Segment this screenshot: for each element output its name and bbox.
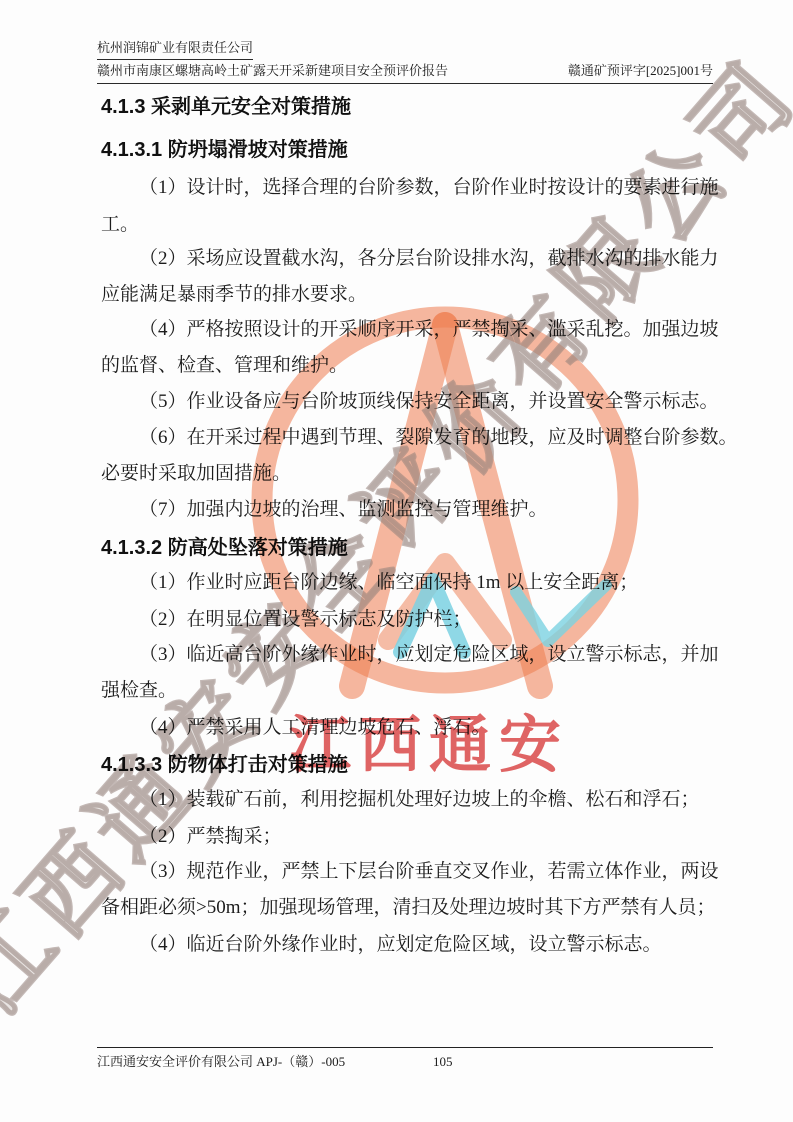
text-line: 应能满足暴雨季节的排水要求。 — [101, 283, 367, 307]
text-line: （4）严禁采用人工清理边坡危石、浮石。 — [101, 716, 491, 740]
text-line: （5）作业设备应与台阶坡顶线保持安全距离，并设置安全警示标志。 — [101, 390, 719, 414]
text-line: （4）临近台阶外缘作业时，应划定危险区域，设立警示标志。 — [101, 933, 662, 957]
text-line: （6）在开采过程中遇到节理、裂隙发育的地段，应及时调整台阶参数。 — [101, 426, 738, 450]
page-number: 105 — [433, 1053, 453, 1070]
text-line: 的监督、检查、管理和维护。 — [101, 354, 348, 378]
footer-company-code: 江西通安安全评价有限公司 APJ-（赣）-005 — [97, 1054, 345, 1069]
text-line: （2）严禁掏采； — [101, 825, 282, 849]
document-body: 4.1.3 采剥单元安全对策措施 4.1.3.1 防坍塌滑坡对策措施 （1）设计… — [101, 0, 713, 1040]
text-line: 强检查。 — [101, 679, 177, 703]
text-line: （2）采场应设置截水沟，各分层台阶设排水沟，截排水沟的排水能力 — [101, 247, 719, 271]
text-line: （1）作业时应距台阶边缘、临空面保持 1m 以上安全距离； — [101, 571, 638, 595]
page-footer: 江西通安安全评价有限公司 APJ-（赣）-005 105 — [97, 1047, 713, 1070]
text-line: （4）严格按照设计的开采顺序开采，严禁掏采、滥采乱挖。加强边坡 — [101, 318, 719, 342]
text-line: （1）装载矿石前，利用挖掘机处理好边坡上的伞檐、松石和浮石； — [101, 788, 700, 812]
text-line: 必要时采取加固措施。 — [101, 462, 291, 486]
section-heading: 4.1.3.3 防物体打击对策措施 — [101, 753, 348, 777]
text-line: （7）加强内边坡的治理、监测监控与管理维护。 — [101, 498, 548, 522]
text-line: 备相距必须>50m；加强现场管理，清扫及处理边坡时其下方严禁有人员； — [101, 896, 716, 920]
text-line: 工。 — [101, 213, 139, 237]
text-line: （2）在明显位置设警示标志及防护栏； — [101, 608, 472, 632]
section-heading: 4.1.3 采剥单元安全对策措施 — [101, 95, 351, 119]
text-line: （1）设计时，选择合理的台阶参数，台阶作业时按设计的要素进行施 — [101, 176, 719, 200]
section-heading: 4.1.3.2 防高处坠落对策措施 — [101, 536, 348, 560]
text-line: （3）规范作业，严禁上下层台阶垂直交叉作业，若需立体作业，两设 — [101, 860, 719, 884]
document-page: 杭州润锦矿业有限责任公司 赣州市南康区螺塘高岭土矿露天开采新建项目安全预评价报告… — [0, 0, 793, 1122]
text-line: （3）临近高台阶外缘作业时，应划定危险区域，设立警示标志，并加 — [101, 643, 719, 667]
section-heading: 4.1.3.1 防坍塌滑坡对策措施 — [101, 138, 348, 162]
